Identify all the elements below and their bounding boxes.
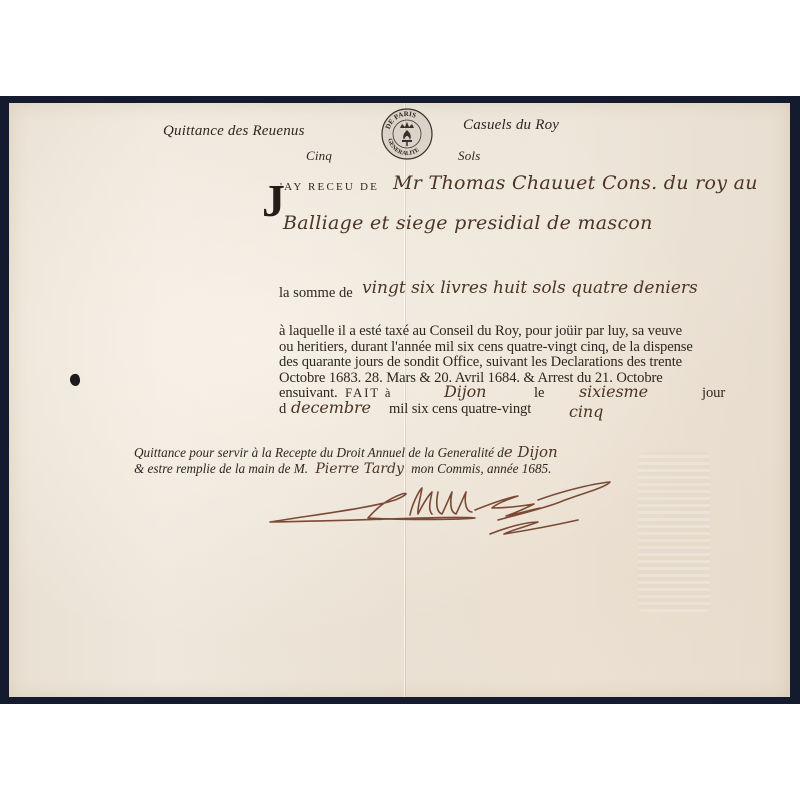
footer-line-1-printed: Quittance pour servir à la Recepte du Dr… bbox=[134, 445, 504, 460]
jour-label: jour bbox=[702, 385, 725, 402]
header-amount-cinq: Cinq bbox=[306, 148, 332, 164]
header-title-right: Casuels du Roy bbox=[463, 117, 559, 134]
date-prefix: d bbox=[279, 401, 286, 417]
payer-name-handwritten: Mr Thomas Chauuet Cons. du roy au bbox=[393, 172, 758, 194]
signature-icon bbox=[260, 470, 620, 540]
day-handwritten: sixiesme bbox=[579, 382, 648, 401]
year-printed: mil six cens quatre-vingt bbox=[389, 401, 531, 418]
place-handwritten: Dijon bbox=[444, 382, 486, 401]
embossed-dry-stamp bbox=[638, 452, 710, 612]
month-handwritten: decembre bbox=[291, 398, 371, 417]
body-line-1: à laquelle il a esté taxé au Conseil du … bbox=[279, 323, 682, 340]
header-amount-sols: Sols bbox=[458, 148, 480, 164]
generalite-seal-icon: DE PARIS GENERALITE bbox=[380, 107, 434, 161]
footer-line-1: Quittance pour servir à la Recepte du Dr… bbox=[134, 443, 558, 461]
year-handwritten: cinq bbox=[569, 402, 603, 421]
date-line: d decembre mil six cens quatre-vingt cin… bbox=[279, 401, 739, 418]
payer-office-handwritten: Balliage et siege presidial de mascon bbox=[283, 212, 653, 234]
le-label: le bbox=[534, 385, 544, 402]
footer-generalite-handwritten: e Dijon bbox=[504, 443, 558, 461]
sum-handwritten: vingt six livres huit sols quatre denier… bbox=[362, 278, 698, 298]
body-line-3: des quarante jours de sondit Office, sui… bbox=[279, 354, 682, 371]
header-title-left: Quittance des Reuenus bbox=[163, 123, 305, 140]
receipt-opening: 'AY RECEU DE bbox=[280, 181, 379, 193]
sum-label: la somme de bbox=[279, 285, 353, 302]
